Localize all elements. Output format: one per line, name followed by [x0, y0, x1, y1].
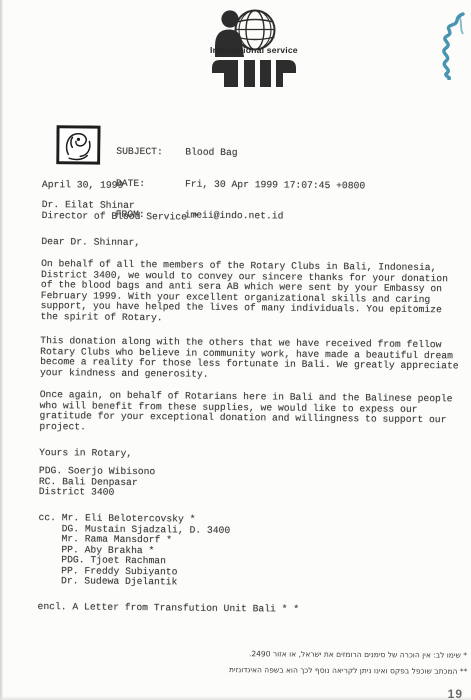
enclosure-line: encl. A Letter from Transfution Unit Bal… [37, 602, 299, 615]
from-label: FROM: [116, 210, 182, 221]
date-label: DATE: [116, 178, 182, 189]
footnote-1: * שימו לב: אין הוכרה של סימנים הרומזים א… [249, 649, 467, 660]
letter-date: April 30, 1999 [42, 180, 123, 191]
blue-pen-scribble-icon [439, 12, 469, 85]
international-service-logo: International service [184, 8, 310, 90]
subject-value: Blood Bag [185, 148, 365, 160]
body-paragraph-2: This donation along with the others that… [40, 336, 459, 382]
recipient-block: Dr. Eilat Shinar Director of Blood Servi… [42, 200, 199, 223]
cc-list: cc. Mr. Eli Belotercovsky * DG. Mustain … [38, 513, 231, 589]
date-value: Fri, 30 Apr 1999 17:07:45 +0800 [185, 179, 365, 191]
scan-edge-shadow [0, 0, 3, 700]
footnote-2: ** המכתב שוכפל בפקס ואינו ניתן לקריאה נו… [229, 665, 467, 676]
page-number: 19 [448, 687, 463, 700]
message-header: SUBJECT: DATE: FROM: Blood Bag Fri, 30 A… [55, 125, 365, 244]
logo-caption: International service [210, 45, 298, 55]
stamp-ornament-icon [56, 125, 100, 165]
signature-block: PDG. Soerjo Wibisono RC. Bali Denpasar D… [39, 466, 156, 499]
header-values: Blood Bag Fri, 30 Apr 1999 17:07:45 +080… [184, 127, 365, 244]
closing-line: Yours in Rotary, [39, 448, 132, 459]
subject-label: SUBJECT: [116, 147, 182, 158]
body-paragraph-1: On behalf of all the members of the Rota… [41, 259, 449, 326]
salutation: Dear Dr. Shinnar, [41, 237, 140, 249]
typed-letter-content: SUBJECT: DATE: FROM: Blood Bag Fri, 30 A… [0, 0, 471, 700]
body-paragraph-3: Once again, on behalf of Rotarians here … [39, 390, 452, 436]
from-value: imeii@indo.net.id [185, 211, 365, 223]
scan-bottom-shadow [0, 696, 471, 700]
scanned-letter-page: { "logo": { "caption": "International se… [0, 0, 471, 700]
header-labels: SUBJECT: DATE: FROM: [115, 126, 182, 242]
